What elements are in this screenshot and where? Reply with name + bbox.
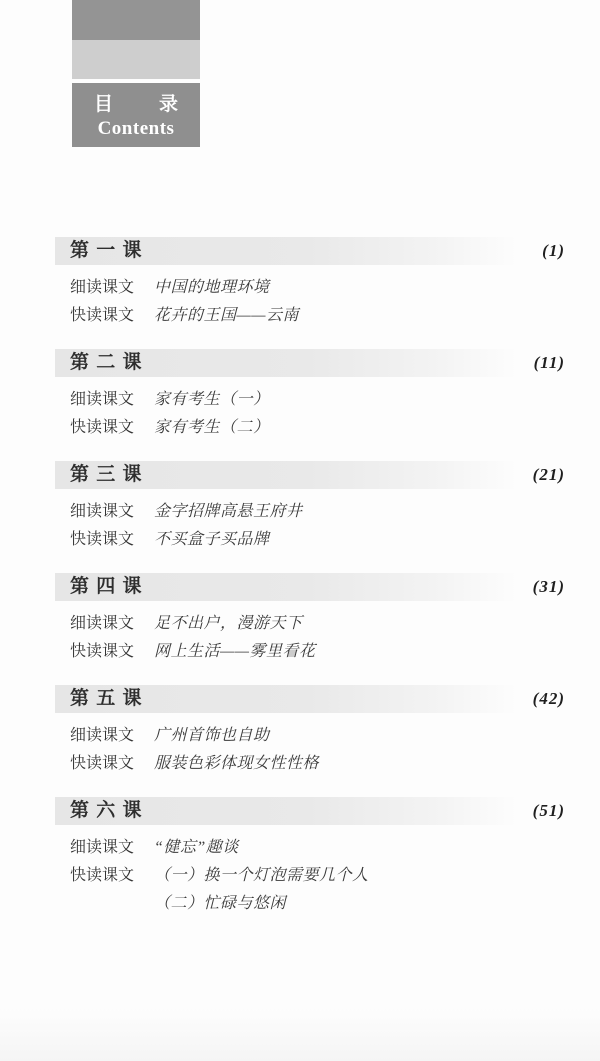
lesson-title: 第 五 课 [70, 685, 143, 713]
entry-label: 细读课文 [70, 725, 154, 747]
toc-entry: 快读课文 网上生活——雾里看花 [55, 641, 567, 663]
entry-title: 家有考生（二） [154, 417, 270, 439]
toc-entry: 细读课文 中国的地理环境 [55, 277, 567, 299]
entry-label: 快读课文 [70, 865, 154, 887]
entry-title: （一）换一个灯泡需要几个人 [154, 865, 369, 887]
entry-title: 足不出户，漫游天下 [154, 613, 303, 635]
entry-label: 细读课文 [70, 389, 154, 411]
toc-entry: 快读课文 花卉的王国——云南 [55, 305, 567, 327]
toc-entry-continuation: （二）忙碌与悠闲 [55, 893, 567, 915]
banner-block-dark [72, 0, 200, 40]
lesson-section-6: 第 六 课 (51) 细读课文 “健忘”趣谈 快读课文 （一）换一个灯泡需要几个… [55, 797, 567, 915]
lesson-page-number: (51) [533, 797, 565, 825]
entry-label: 快读课文 [70, 417, 154, 439]
toc-entry: 快读课文 家有考生（二） [55, 417, 567, 439]
lesson-section-3: 第 三 课 (21) 细读课文 金字招牌高悬王府井 快读课文 不买盒子买品牌 [55, 461, 567, 551]
lesson-title: 第 二 课 [70, 349, 143, 377]
lesson-page-number: (42) [533, 685, 565, 713]
entry-title: 家有考生（一） [154, 389, 270, 411]
contents-title-cn-right: 录 [159, 91, 178, 119]
entry-label: 快读课文 [70, 305, 154, 327]
toc-entry: 细读课文 “健忘”趣谈 [55, 837, 567, 859]
entry-title: 金字招牌高悬王府井 [154, 501, 303, 523]
lesson-page-number: (1) [542, 237, 565, 265]
lesson-title: 第 三 课 [70, 461, 143, 489]
entry-title: 不买盒子买品牌 [154, 529, 270, 551]
lesson-title: 第 四 课 [70, 573, 143, 601]
toc-entry: 细读课文 广州首饰也自助 [55, 725, 567, 747]
toc-entry: 快读课文 （一）换一个灯泡需要几个人 [55, 865, 567, 887]
contents-title-cn-left: 目 [94, 91, 113, 119]
lesson-page-number: (21) [533, 461, 565, 489]
entry-title: 服装色彩体现女性性格 [154, 753, 319, 775]
entry-label: 细读课文 [70, 837, 154, 859]
lesson-title: 第 六 课 [70, 797, 143, 825]
toc-entry: 细读课文 金字招牌高悬王府井 [55, 501, 567, 523]
lesson-section-2: 第 二 课 (11) 细读课文 家有考生（一） 快读课文 家有考生（二） [55, 349, 567, 439]
entry-label: 快读课文 [70, 529, 154, 551]
lesson-header: 第 五 课 (42) [55, 685, 567, 713]
toc-entry: 快读课文 服装色彩体现女性性格 [55, 753, 567, 775]
banner-block-light [72, 40, 200, 79]
lesson-page-number: (31) [533, 573, 565, 601]
lesson-header: 第 三 课 (21) [55, 461, 567, 489]
entry-label: 快读课文 [70, 753, 154, 775]
lesson-section-1: 第 一 课 (1) 细读课文 中国的地理环境 快读课文 花卉的王国——云南 [55, 237, 567, 327]
lesson-header: 第 四 课 (31) [55, 573, 567, 601]
toc-entry: 快读课文 不买盒子买品牌 [55, 529, 567, 551]
table-of-contents: 第 一 课 (1) 细读课文 中国的地理环境 快读课文 花卉的王国——云南 第 … [55, 237, 567, 937]
entry-label: 细读课文 [70, 501, 154, 523]
entry-label: 细读课文 [70, 277, 154, 299]
lesson-header: 第 一 课 (1) [55, 237, 567, 265]
toc-entry: 细读课文 家有考生（一） [55, 389, 567, 411]
lesson-section-4: 第 四 课 (31) 细读课文 足不出户，漫游天下 快读课文 网上生活——雾里看… [55, 573, 567, 663]
lesson-title: 第 一 课 [70, 237, 143, 265]
entry-title: 广州首饰也自助 [154, 725, 270, 747]
entry-title: 中国的地理环境 [154, 277, 270, 299]
entry-title: 花卉的王国——云南 [154, 305, 299, 327]
contents-title-en: Contents [86, 118, 186, 141]
lesson-header: 第 六 课 (51) [55, 797, 567, 825]
lesson-header: 第 二 课 (11) [55, 349, 567, 377]
lesson-section-5: 第 五 课 (42) 细读课文 广州首饰也自助 快读课文 服装色彩体现女性性格 [55, 685, 567, 775]
entry-title: （二）忙碌与悠闲 [154, 893, 286, 915]
entry-title: 网上生活——雾里看花 [154, 641, 315, 663]
contents-banner: 目 录 Contents [72, 0, 200, 147]
entry-title: “健忘”趣谈 [154, 837, 239, 859]
lesson-page-number: (11) [534, 349, 565, 377]
entry-label: 细读课文 [70, 613, 154, 635]
toc-entry: 细读课文 足不出户，漫游天下 [55, 613, 567, 635]
entry-label: 快读课文 [70, 641, 154, 663]
contents-title-cn: 目 录 [86, 91, 186, 119]
contents-title-block: 目 录 Contents [72, 83, 200, 147]
